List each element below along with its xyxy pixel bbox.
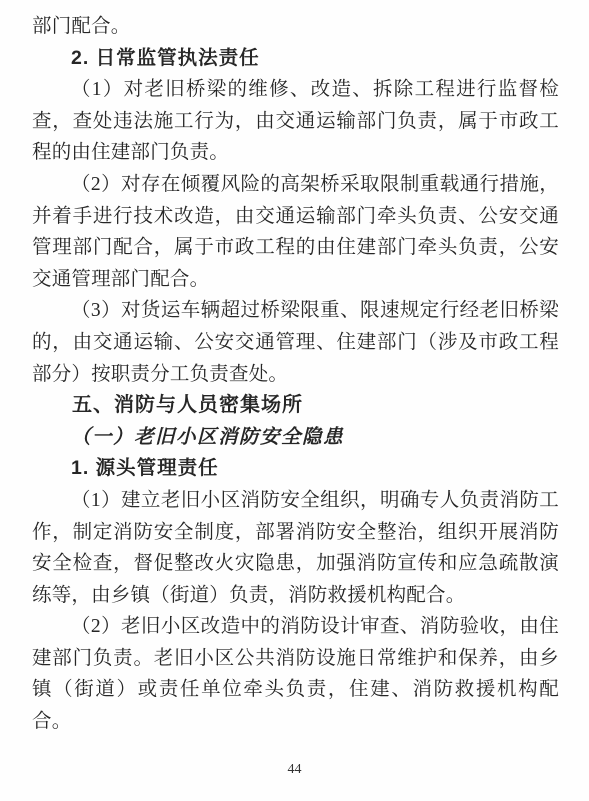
page-number: 44	[0, 762, 589, 778]
paragraph-item-1-bridges: （1）对老旧桥梁的维修、改造、拆除工程进行监督检查，查处违法施工行为，由交通运输…	[32, 74, 559, 169]
paragraph-item-2-viaducts: （2）对存在倾覆风险的高架桥采取限制重载通行措施，并着手进行技术改造，由交通运输…	[32, 169, 559, 295]
document-page: 部门配合。 2. 日常监管执法责任 （1）对老旧桥梁的维修、改造、拆除工程进行监…	[0, 0, 589, 801]
subsection-heading-old-community-fire-hazards: （一）老旧小区消防安全隐患	[32, 422, 559, 454]
paragraph-item-3-overweight-trucks: （3）对货运车辆超过桥梁限重、限速规定行经老旧桥梁的，由交通运输、公安交通管理、…	[32, 295, 559, 390]
numbered-heading-source-management: 1. 源头管理责任	[32, 453, 559, 485]
section-heading-fire-and-crowded-places: 五、消防与人员密集场所	[32, 390, 559, 422]
paragraph-item-1-fire-organization: （1）建立老旧小区消防安全组织，明确专人负责消防工作，制定消防安全制度，部署消防…	[32, 485, 559, 611]
numbered-heading-daily-supervision: 2. 日常监管执法责任	[32, 43, 559, 75]
document-body: 部门配合。 2. 日常监管执法责任 （1）对老旧桥梁的维修、改造、拆除工程进行监…	[32, 11, 559, 738]
paragraph-item-2-fire-design-review: （2）老旧小区改造中的消防设计审查、消防验收，由住建部门负责。老旧小区公共消防设…	[32, 611, 559, 737]
paragraph-continuation: 部门配合。	[32, 11, 559, 43]
